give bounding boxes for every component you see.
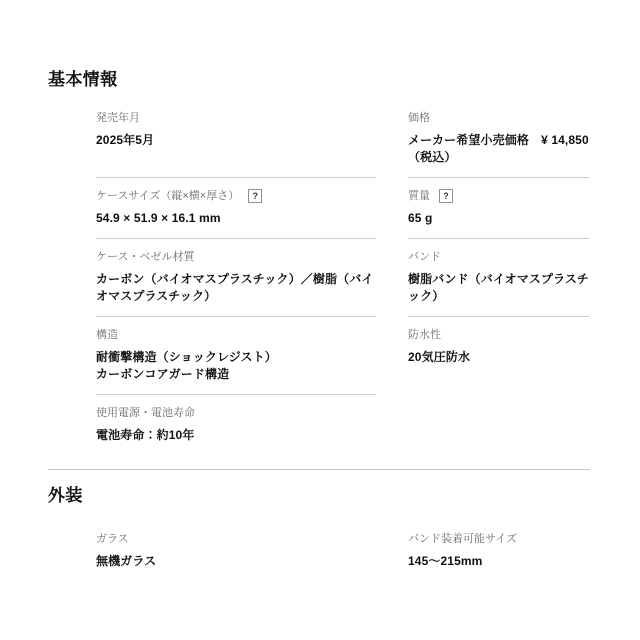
spec-cell-band-size: バンド装着可能サイズ 145〜215mm [408, 526, 589, 581]
spec-value: 耐衝撃構造（ショックレジスト） カーボンコアガード構造 [96, 349, 376, 383]
spec-label-text: ガラス [96, 532, 129, 546]
spec-page: 基本情報 発売年月 2025年5月 価格 メーカー希望小売価格 ¥ 14,850… [0, 0, 640, 581]
spec-value: 145〜215mm [408, 553, 589, 570]
spec-cell-structure: 構造 耐衝撃構造（ショックレジスト） カーボンコアガード構造 [96, 316, 376, 394]
spec-value: カーボン（バイオマスプラスチック）／樹脂（バイオマスプラスチック） [96, 271, 376, 305]
spec-label: ケースサイズ（縦×横×厚さ） ? [96, 189, 376, 203]
spec-cell-weight: 質量 ? 65 g [408, 177, 589, 238]
spec-cell-case-size: ケースサイズ（縦×横×厚さ） ? 54.9 × 51.9 × 16.1 mm [96, 177, 376, 238]
spec-label-text: 価格 [408, 111, 430, 125]
section-divider [48, 469, 590, 470]
spec-cell-empty [408, 394, 589, 455]
spec-cell-price: 価格 メーカー希望小売価格 ¥ 14,850（税込） [408, 100, 589, 177]
spec-cell-band: バンド 樹脂バンド（バイオマスプラスチック） [408, 238, 589, 316]
basic-spec-grid: 発売年月 2025年5月 価格 メーカー希望小売価格 ¥ 14,850（税込） … [96, 100, 590, 455]
spec-label-text: 質量 [408, 189, 430, 203]
spec-label: 発売年月 [96, 111, 376, 125]
spec-label: バンド [408, 250, 589, 264]
spec-cell-power-battery: 使用電源・電池寿命 電池寿命：約10年 [96, 394, 376, 455]
spec-label-text: 発売年月 [96, 111, 140, 125]
spec-label: 構造 [96, 328, 376, 342]
section-title-exterior: 外装 [48, 486, 590, 506]
spec-cell-glass: ガラス 無機ガラス [96, 526, 376, 581]
spec-cell-case-material: ケース・ベゼル材質 カーボン（バイオマスプラスチック）／樹脂（バイオマスプラスチ… [96, 238, 376, 316]
spec-value: 2025年5月 [96, 132, 376, 149]
case-size-help-button[interactable]: ? [248, 189, 262, 203]
spec-cell-release-date: 発売年月 2025年5月 [96, 100, 376, 177]
spec-value: 電池寿命：約10年 [96, 427, 376, 444]
exterior-spec-grid: ガラス 無機ガラス バンド装着可能サイズ 145〜215mm [96, 526, 590, 581]
spec-value: 無機ガラス [96, 553, 376, 570]
section-title-basic: 基本情報 [48, 70, 590, 90]
spec-label-text: バンド [408, 250, 441, 264]
spec-value: 54.9 × 51.9 × 16.1 mm [96, 210, 376, 227]
weight-help-button[interactable]: ? [439, 189, 453, 203]
spec-label: 使用電源・電池寿命 [96, 406, 376, 420]
spec-value: メーカー希望小売価格 ¥ 14,850（税込） [408, 132, 589, 166]
spec-label: 防水性 [408, 328, 589, 342]
spec-label-text: ケースサイズ（縦×横×厚さ） [96, 189, 239, 203]
spec-cell-water-resistance: 防水性 20気圧防水 [408, 316, 589, 394]
spec-label: 質量 ? [408, 189, 589, 203]
spacer [48, 516, 590, 526]
spec-label-text: 構造 [96, 328, 118, 342]
spec-value: 65 g [408, 210, 589, 227]
spec-label-text: 使用電源・電池寿命 [96, 406, 195, 420]
spec-label-text: ケース・ベゼル材質 [96, 250, 194, 264]
spec-label: ガラス [96, 532, 376, 546]
spec-label: ケース・ベゼル材質 [96, 250, 376, 264]
spec-value: 樹脂バンド（バイオマスプラスチック） [408, 271, 589, 305]
spec-value: 20気圧防水 [408, 349, 589, 366]
spec-label-text: 防水性 [408, 328, 441, 342]
spec-label: バンド装着可能サイズ [408, 532, 589, 546]
spec-label: 価格 [408, 111, 589, 125]
spec-label-text: バンド装着可能サイズ [408, 532, 517, 546]
